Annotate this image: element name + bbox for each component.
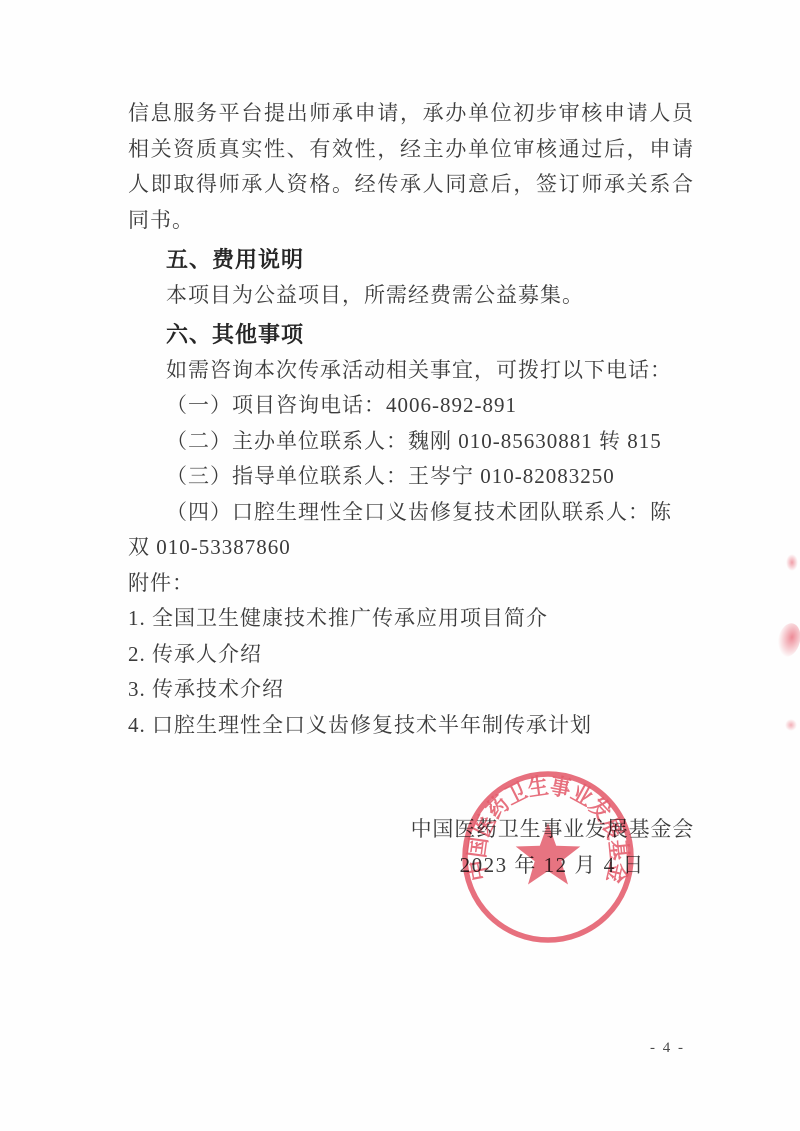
ink-smudge <box>785 719 797 731</box>
page-number: - 4 - <box>650 1040 685 1057</box>
section-heading-other-matters: 六、其他事项 <box>128 317 694 353</box>
section-heading-fees: 五、费用说明 <box>128 242 694 278</box>
document-page: 信息服务平台提出师承申请，承办单位初步审核申请人员相关资质真实性、有效性，经主办… <box>0 0 800 1131</box>
attachment-item-1: 1. 全国卫生健康技术推广传承应用项目简介 <box>128 601 694 637</box>
contact-line-supervisor: （三）指导单位联系人：王岑宁 010-82083250 <box>128 459 694 495</box>
ink-smudge <box>786 554 798 571</box>
attachment-item-2: 2. 传承人介绍 <box>128 637 694 673</box>
seal-star-icon <box>516 823 581 885</box>
ink-smudge <box>774 621 800 659</box>
attachment-item-3: 3. 传承技术介绍 <box>128 672 694 708</box>
attachments-label: 附件： <box>128 566 694 602</box>
paragraph-fees: 本项目为公益项目，所需经费需公益募集。 <box>128 278 694 314</box>
contact-line-organizer: （二）主办单位联系人：魏刚 010-85630881 转 815 <box>128 424 694 460</box>
contact-line-team-continued: 双 010-53387860 <box>128 530 694 566</box>
paragraph-application-process: 信息服务平台提出师承申请，承办单位初步审核申请人员相关资质真实性、有效性，经主办… <box>128 96 694 238</box>
contact-line-project-phone: （一）项目咨询电话：4006-892-891 <box>128 388 694 424</box>
contact-line-team: （四）口腔生理性全口义齿修复技术团队联系人：陈 <box>128 495 694 531</box>
attachment-item-4: 4. 口腔生理性全口义齿修复技术半年制传承计划 <box>128 708 694 744</box>
official-seal: 中国医药卫生事业发展基金会 <box>448 757 648 957</box>
paragraph-other-intro: 如需咨询本次传承活动相关事宜，可拨打以下电话： <box>128 353 694 389</box>
